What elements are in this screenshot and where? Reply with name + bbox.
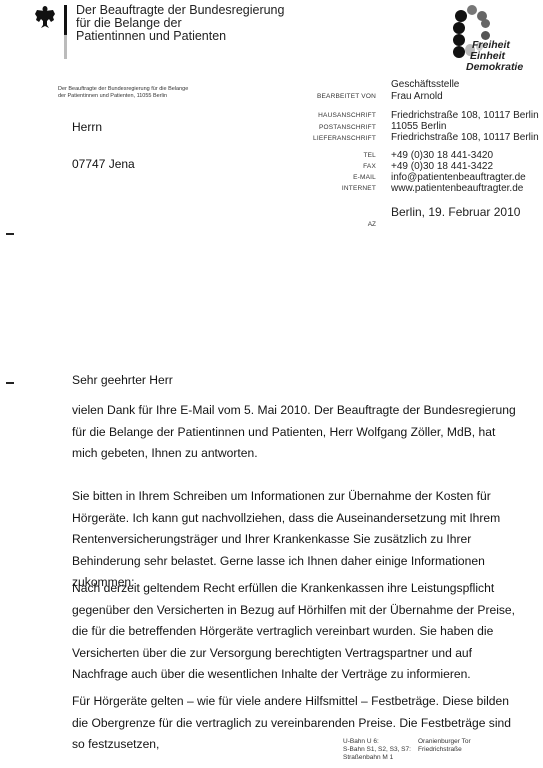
info-label-internet: Internet (300, 185, 376, 192)
info-label-postanschrift: Postanschrift (300, 124, 376, 131)
paragraph-text: vielen Dank für Ihre E-Mail vom 5. Mai 2… (72, 400, 524, 465)
return-address-line: der Patientinnen und Patienten, 11055 Be… (58, 93, 188, 100)
letter-date: Berlin, 19. Februar 2010 (391, 205, 520, 219)
info-value-fax: +49 (0)30 18 441-3422 (391, 161, 493, 172)
az-label: AZ (300, 221, 376, 228)
transit-line: Straßenbahn M 1 (343, 754, 418, 762)
federal-eagle-icon (34, 5, 56, 29)
info-value-bearbeitet-von: Frau Arnold (391, 91, 443, 102)
info-value-tel: +49 (0)30 18 441-3420 (391, 150, 493, 161)
letter-paragraph: Nach derzeit geltendem Recht erfüllen di… (72, 578, 524, 686)
info-label-email: E-Mail (300, 174, 376, 181)
info-value-email[interactable]: info@patientenbeauftragter.de (391, 172, 526, 183)
transit-line: S-Bahn S1, S2, S3, S7: (343, 746, 418, 754)
recipient-salutation: Herrn (72, 120, 102, 134)
info-label-lieferanschrift: Lieferanschrift (300, 135, 376, 142)
info-value-internet[interactable]: www.patientenbeauftragter.de (391, 183, 523, 194)
info-label-bearbeitet-von: Bearbeitet von (300, 93, 376, 100)
transit-stop: Friedrichstraße (418, 746, 462, 754)
info-label-hausanschrift: Hausanschrift (300, 112, 376, 119)
info-value-hausanschrift: Friedrichstraße 108, 10117 Berlin (391, 110, 539, 121)
info-label-tel: Tel (300, 152, 376, 159)
fold-mark (6, 382, 14, 384)
letter-greeting: Sehr geehrter Herr (72, 370, 524, 392)
info-value-lieferanschrift: Friedrichstraße 108, 10117 Berlin (391, 132, 539, 143)
recipient-city: 07747 Jena (72, 157, 135, 171)
department: Geschäftsstelle (391, 79, 459, 90)
info-label-fax: Fax (300, 163, 376, 170)
transit-row: U-Bahn U 6: Oranienburger Tor (343, 738, 471, 746)
logo-motto: Freiheit Einheit Demokratie (470, 40, 523, 73)
header-divider-bar (64, 5, 67, 59)
organization-name: Der Beauftragte der Bundesregierung für … (76, 4, 284, 43)
transit-row: S-Bahn S1, S2, S3, S7: Friedrichstraße (343, 746, 471, 754)
transit-line: U-Bahn U 6: (343, 738, 418, 746)
info-value-postanschrift: 11055 Berlin (391, 121, 446, 132)
return-address: Der Beauftragte der Bundesregierung für … (58, 86, 188, 99)
return-address-line: Der Beauftragte der Bundesregierung für … (58, 86, 188, 93)
motto-line: Demokratie (466, 62, 523, 73)
transit-row: Straßenbahn M 1 (343, 754, 471, 762)
letter-paragraph: vielen Dank für Ihre E-Mail vom 5. Mai 2… (72, 400, 524, 465)
fold-mark (6, 233, 14, 235)
footer-transit-info: U-Bahn U 6: Oranienburger Tor S-Bahn S1,… (343, 738, 471, 762)
paragraph-text: Nach derzeit geltendem Recht erfüllen di… (72, 578, 524, 686)
transit-stop: Oranienburger Tor (418, 738, 471, 746)
organization-line: Patientinnen und Patienten (76, 30, 284, 43)
